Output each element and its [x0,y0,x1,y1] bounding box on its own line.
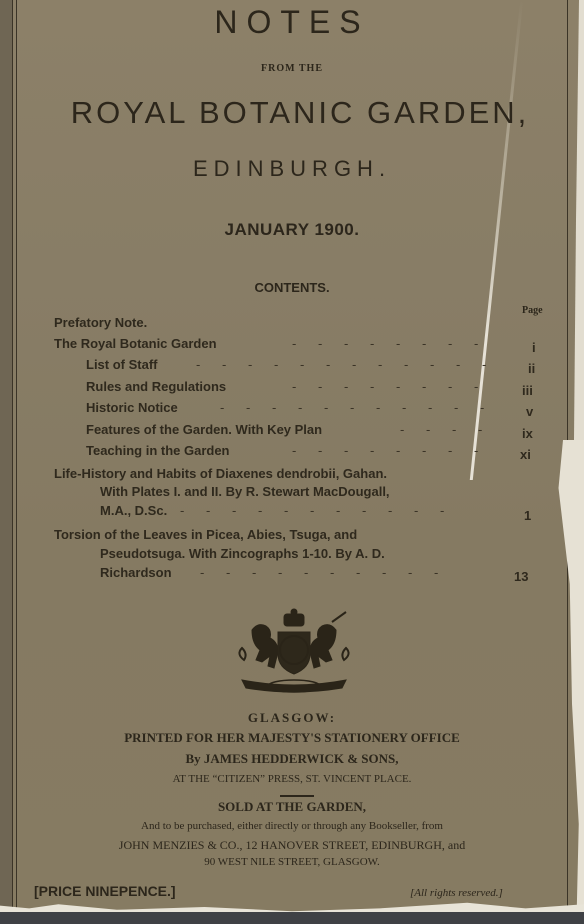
agent-address-line2: 90 WEST NILE STREET, GLASGOW. [0,856,584,868]
journal-title: NOTES [0,4,584,41]
toc-page-number: xi [520,447,531,462]
toc-entry-list-of-staff: List of Staff [86,357,158,372]
toc-page-number: 13 [514,569,528,584]
issue-date: JANUARY 1900. [0,220,584,240]
imprint-printer: By JAMES HEDDERWICK & SONS, [0,751,584,767]
toc-entry-torsion: Torsion of the Leaves in Picea, Abies, T… [54,527,357,542]
leader-dots: - - - - - - - - - - [200,565,438,580]
leader-dots: - - - - - - - - - - - - [196,357,486,372]
leader-dots: - - - - - - - - [292,379,478,394]
royal-coat-of-arms-icon [228,608,360,696]
toc-page-number: iii [522,383,533,398]
agent-address-line1: JOHN MENZIES & CO., 12 HANOVER STREET, E… [0,838,584,853]
toc-entry-teaching: Teaching in the Garden [86,443,230,458]
rights-notice: [All rights reserved.] [410,887,503,899]
toc-entry-life-history: Life-History and Habits of Diaxenes dend… [54,466,387,481]
toc-page-number: v [526,404,533,419]
leader-dots: - - - - - - - - [292,336,478,351]
city-name: EDINBURGH. [0,156,584,182]
toc-page-number: ii [528,361,535,376]
leader-dots: - - - - - - - - - - - [180,503,444,518]
toc-entry-prefatory: Prefatory Note. [54,315,147,330]
toc-page-number: i [532,340,536,355]
divider-rule [280,795,314,797]
institution-name: ROYAL BOTANIC GARDEN, [40,95,560,131]
imprint-place: GLASGOW: [0,710,584,726]
toc-entry-royal-botanic-garden: The Royal Botanic Garden [54,336,217,351]
toc-entry-historic-notice: Historic Notice [86,400,178,415]
toc-entry-torsion-cont: Pseudotsuga. With Zincographs 1-10. By A… [100,546,385,561]
from-the-label: FROM THE [0,63,584,74]
leader-dots: - - - - - - - - [292,443,478,458]
viewer-background [0,912,584,924]
leader-dots: - - - - [400,422,482,437]
toc-page-number: 1 [524,508,531,523]
imprint-printed-for: PRINTED FOR HER MAJESTY'S STATIONERY OFF… [0,730,584,746]
imprint-press: AT THE “CITIZEN” PRESS, ST. VINCENT PLAC… [0,773,584,785]
toc-entry-features-of-garden: Features of the Garden. With Key Plan [86,422,322,437]
toc-entry-life-history-author: M.A., D.Sc. [100,503,167,518]
sold-at-garden: SOLD AT THE GARDEN, [0,799,584,815]
toc-entry-life-history-cont: With Plates I. and II. By R. Stewart Mac… [100,484,390,499]
toc-page-number: ix [522,426,533,441]
toc-entry-torsion-author: Richardson [100,565,172,580]
purchase-note: And to be purchased, either directly or … [0,820,584,832]
toc-entry-rules-and-regulations: Rules and Regulations [86,379,226,394]
torn-edge-bottom [0,900,584,912]
leader-dots: - - - - - - - - - - - [220,400,484,415]
page-column-label: Page [522,305,543,316]
document-page: NOTES FROM THE ROYAL BOTANIC GARDEN, EDI… [0,0,584,912]
contents-heading: CONTENTS. [0,280,584,295]
price-label: [PRICE NINEPENCE.] [34,883,176,899]
